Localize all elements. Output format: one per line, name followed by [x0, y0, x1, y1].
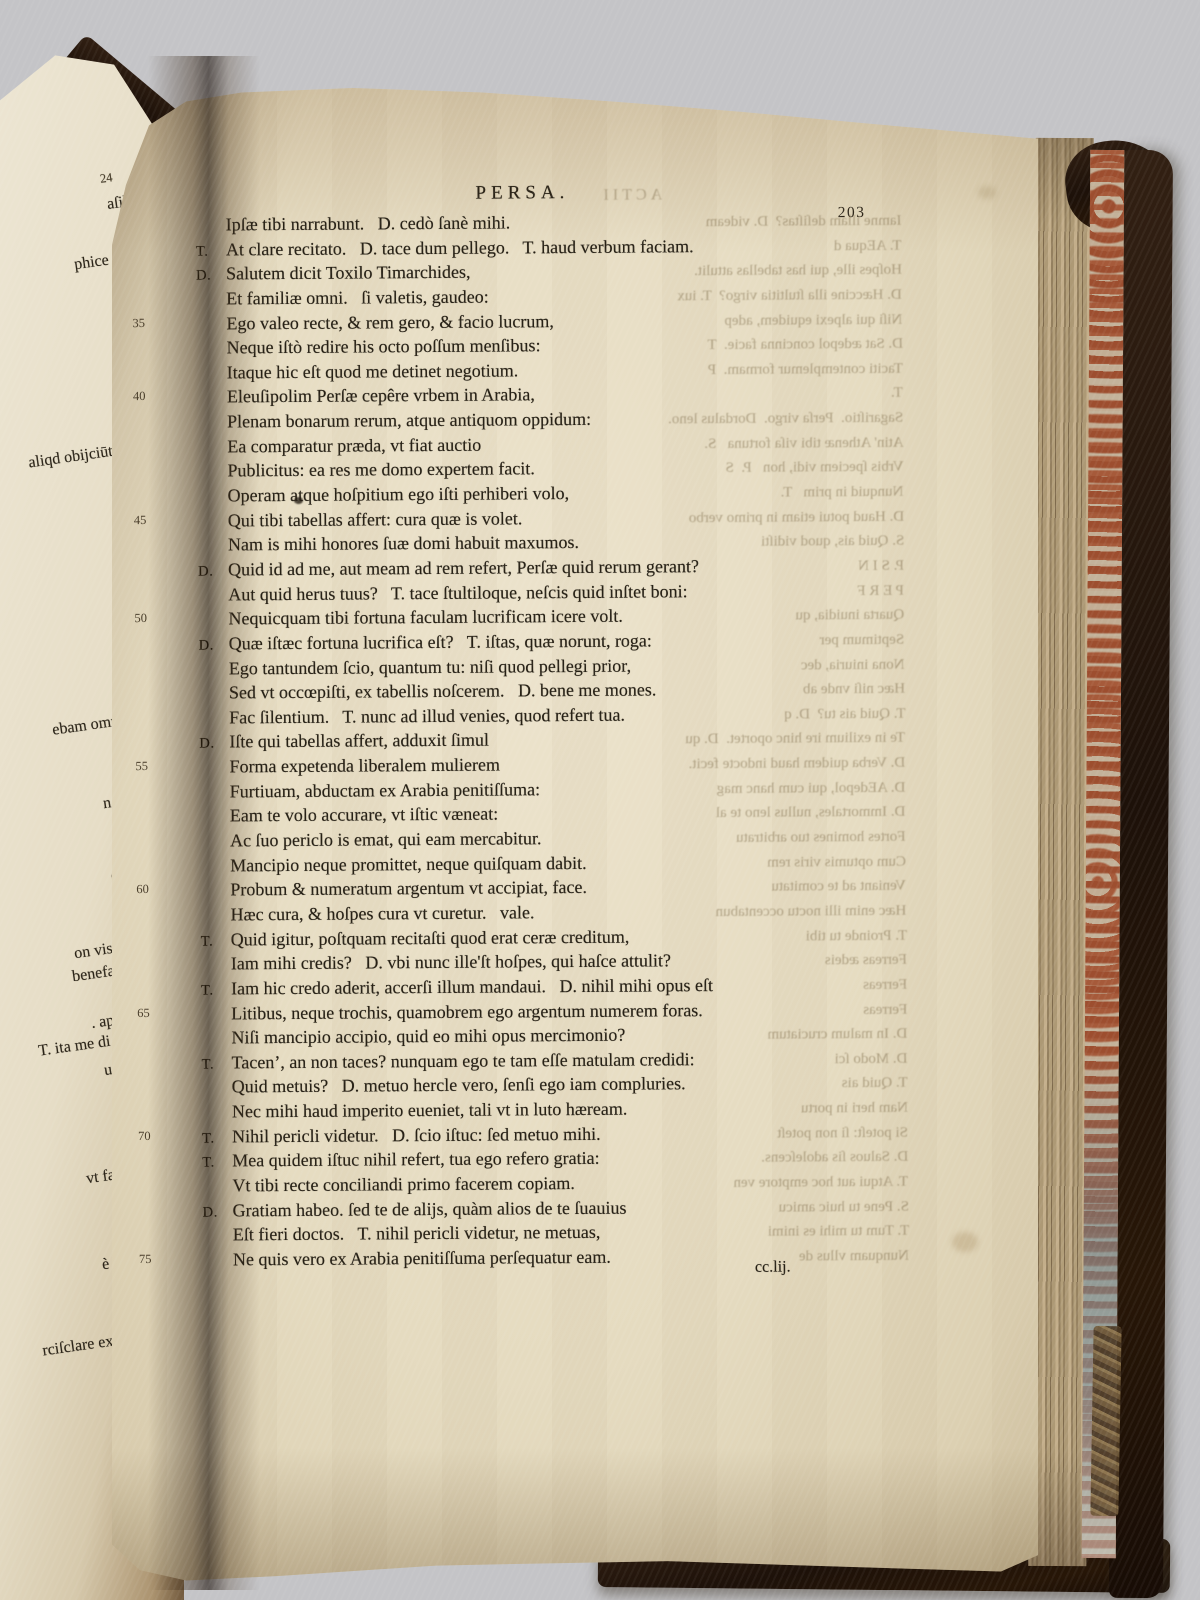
verse-text: Sed vt occœpiſti, ex tabellis noſcerem. … [229, 680, 657, 703]
verse-text: Tacen’, an non taces? nunquam ego te tam… [232, 1049, 695, 1072]
bleedthrough-text: Fortes homines tuo arbitratu [736, 825, 906, 851]
bleedthrough-text: D. Saluos ſis adoleſcens. [761, 1145, 908, 1171]
bleedthrough-text: P E R F [858, 578, 905, 603]
bleedthrough-text: D. Haud potui etiam in primo verbo [688, 504, 904, 530]
bleedthrough-text: Niſi qui alpexi equidem, adep [724, 307, 902, 333]
bleedthrough-text: Hæc niſi vnde ab [803, 677, 905, 702]
bleedthrough-text: S. Quid ais, quod vidiſti [761, 529, 905, 555]
verse-text: Mea quidem iſtuc nihil refert, tua ego r… [232, 1148, 599, 1171]
verse-text: Ne quis vero ex Arabia penitiſſuma perſe… [233, 1247, 611, 1270]
bleedthrough-text: Cum optumis viris rem [767, 849, 906, 875]
bleedthrough-text: P. S I N [858, 554, 904, 579]
bleedthrough-text: T. Tum tu mihi es inimi [767, 1219, 909, 1245]
speaker-abbreviation: T. [201, 929, 231, 954]
foxing-stain [952, 1232, 978, 1252]
verse-number: 35 [132, 315, 145, 331]
verse-text: Ea comparatur præda, vt fiat auctio [227, 434, 481, 456]
bleedthrough-text: Atin' Athenæ tibi viſa fortuna S. [704, 430, 904, 456]
bleedthrough-text: Ferreas [863, 973, 907, 998]
verse-number: 50 [134, 610, 147, 626]
book-photo: 24aſilice,phice decet.uas.15aliqd obijci… [0, 0, 1200, 1600]
speaker-abbreviation: T. [202, 1151, 232, 1176]
speaker-abbreviation: T. [202, 1052, 232, 1077]
bleedthrough-text: Veniant ad te comitatu [772, 874, 907, 900]
verse-text: Eleuſipolim Perſæ cepêre vrbem in Arabia… [227, 385, 535, 407]
verse-text: Itaque hic eſt quod me detinet negotium. [227, 360, 519, 382]
bleedthrough-text: T. [891, 381, 903, 406]
bleedthrough-text: T. Proinde tu tibi [805, 923, 907, 948]
bleedthrough-text: Iamne illam deſiſtas? D. videam [706, 209, 902, 235]
bleedthrough-text: Nona iniuria, dec [801, 652, 905, 677]
bleedthrough-text: D. Immortales, nullus leno te al [716, 800, 906, 826]
bleedthrough-text: D. Sat ædepol concinna facie. T [707, 332, 903, 358]
right-page: PERSA. ACTII 203 Ipſæ tibi narrabunt. D.… [112, 88, 1038, 1582]
verse-number: 45 [134, 512, 147, 528]
verse-text: Iam hic credo aderit, accerſi illum mand… [231, 975, 713, 998]
bleedthrough-text: Ferreas [863, 997, 907, 1022]
verse-text: Niſi mancipio accipio, quid eo mihi opus… [231, 1025, 625, 1048]
catchword: cc.lij. [755, 1259, 791, 1277]
verse-text: Mancipio neque promittet, neque quiſquam… [230, 853, 587, 875]
verse-text: Operam atque hoſpitium ego iſti perhiber… [228, 483, 570, 505]
bleedthrough-text: Hoſpes ille, qui has tabellas attulit. [694, 258, 902, 284]
bleedthrough-text: Taciti contemplemur formam. P [708, 357, 903, 383]
verse-text: Qui tibi tabellas affert: cura quæ is vo… [228, 508, 523, 530]
verse-number: 70 [138, 1128, 151, 1144]
speaker-abbreviation: D. [196, 264, 226, 289]
verse-text: Neque iſtò redire his octo poſſum menſib… [227, 335, 541, 357]
bleedthrough-text: D. Hæccine illa ſtultitia virgo? T. iux [678, 283, 903, 309]
bleedthrough-text: Ferreas ædeis [825, 948, 907, 973]
verse-number: 75 [139, 1251, 152, 1267]
speaker-abbreviation: D. [199, 633, 229, 658]
verse-text: Quid id ad me, aut meam ad rem refert, P… [228, 556, 699, 579]
bleedthrough-text: Septimum per [820, 628, 905, 653]
verse-text: Gratiam habeo. ſed te de alijs, quàm ali… [233, 1197, 627, 1220]
bleedthrough-text: Te in exilium ire hinc oportet. D. qu [686, 726, 906, 752]
speaker-abbreviation: D. [198, 559, 228, 584]
verse-text: Quid metuis? D. metuo hercle vero, ſenſi… [232, 1074, 686, 1097]
speaker-abbreviation: T. [201, 978, 231, 1003]
bleedthrough-text: Nunquid in prim T. [781, 480, 904, 506]
verse-text: Iſte qui tabellas affert, adduxit ſimul [229, 730, 489, 752]
gilt-tooling-strip [1090, 1326, 1121, 1516]
verse-text: Ac ſuo periclo is emat, qui eam mercabit… [230, 828, 542, 850]
text-block: Ipſæ tibi narrabunt. D. cedò ſanè mihi.I… [196, 208, 907, 1272]
verse-text: Nec mihi haud imperito eueniet, tali vt … [232, 1099, 628, 1122]
bleedthrough-text: D. AEdepol, qui cum hanc mag [717, 775, 906, 801]
verse-text: Litibus, neque trochis, quamobrem ego ar… [231, 1000, 703, 1023]
verse-text: Aut quid herus tuus? T. tace ſtultiloque… [228, 581, 687, 604]
bleedthrough-text: Hæc enim illi noctu occentabun [716, 899, 907, 925]
verse-text: Eſt fieri doctos. T. nihil pericli videt… [233, 1222, 601, 1245]
verse-number: 65 [137, 1004, 150, 1020]
verse-text: Plenam bonarum rerum, atque antiquom opp… [227, 409, 591, 432]
verse-text: Nam is mihi honores ſuæ domi habuit maxu… [228, 532, 579, 554]
bleedthrough-text: D. Modo ſci [835, 1046, 908, 1071]
verse-text: Vt tibi recte conciliandi primo facerem … [232, 1173, 575, 1195]
verse-number: 40 [133, 388, 146, 404]
verse-text: At clare recitato. D. tace dum pellego. … [226, 236, 694, 259]
verse-text: Eam te volo accurare, vt iſtic væneat: [230, 804, 499, 826]
speaker-abbreviation: D. [199, 732, 229, 757]
bleedthrough-text: Sagariſtio. Perſa virgo. Dordalus leno. [668, 406, 903, 432]
bleedthrough-text: T. Atqui aut hoc emptore ven [734, 1170, 909, 1196]
verse-text: Nequicquam tibi fortuna faculam lucrific… [228, 606, 622, 629]
verse-number: 55 [135, 758, 148, 774]
verse-text: Fac ſilentium. T. nunc ad illud venies, … [229, 704, 625, 727]
verse-text: Hæc cura, & hoſpes cura vt curetur. vale… [230, 902, 534, 924]
verse-text: Iam mihi credis? D. vbi nunc ille'ſt hoſ… [231, 951, 671, 974]
left-margin-number: 24 [98, 167, 113, 189]
bleedthrough-text: T. Quid ais [842, 1071, 908, 1096]
bleedthrough-text: Vrbis ſpeciem vidi, hon P. S [725, 455, 903, 481]
bleedthrough-text: Quarta inuidia, qu [796, 603, 905, 628]
verse-text: Quid igitur, poſtquam recitaſti quod era… [231, 926, 630, 949]
bleedthrough-text: Nunquam vllus de [799, 1244, 909, 1269]
verse-text: Ipſæ tibi narrabunt. D. cedò ſanè mihi. [226, 212, 511, 234]
bleedthrough-text: Nam heri in portu [801, 1096, 908, 1121]
bleedthrough-text: D. Verba quidem haud indocte fecit. [689, 751, 906, 777]
right-page-surface: PERSA. ACTII 203 Ipſæ tibi narrabunt. D.… [107, 85, 1043, 1585]
verse-text: Salutem dicit Toxilo Timarchides, [226, 262, 471, 284]
bleedthrough-text: T. Quid ais tu? D. q [784, 702, 906, 728]
verse-number: 60 [136, 881, 149, 897]
verse-text: Forma expetenda liberalem mulierem [229, 755, 500, 777]
bleedthrough-text: Si poteſt: ſi non poteſt [777, 1120, 908, 1146]
running-head: PERSA. [475, 182, 569, 205]
bleedthrough-text: T. AEqua d [834, 233, 902, 258]
bleedthrough-text: S. Pene tu huic amicu [778, 1194, 909, 1220]
verse-text: Quæ iſtæc fortuna lucrifica eſt? T. iſta… [229, 630, 652, 653]
verse-text: Probum & numeratum argentum vt accipiat,… [230, 877, 587, 899]
verse-text: Et familiæ omni. ſi valetis, gaudeo: [226, 287, 489, 309]
verse-text: Ego tantundem ſcio, quantum tu: niſi quo… [229, 655, 631, 678]
verse-line: 75Ne quis vero ex Arabia penitiſſuma per… [203, 1243, 907, 1273]
verse-text: Nihil pericli videtur. D. ſcio iſtuc: ſe… [232, 1124, 601, 1147]
speaker-abbreviation: T. [202, 1126, 232, 1151]
verse-text: Publicitus: ea res me domo expertem faci… [227, 459, 535, 481]
foxing-stain [978, 186, 996, 199]
bleedthrough-text: D. In malum cruciatum [767, 1022, 907, 1048]
speaker-abbreviation: T. [196, 239, 226, 264]
bleedthrough-running-head: ACTII [599, 186, 662, 204]
verse-text: Ego valeo recte, & rem gero, & facio luc… [226, 311, 554, 333]
verse-text: Furtiuam, abductam ex Arabia penitiſſuma… [230, 779, 541, 801]
ink-speck [294, 497, 303, 504]
speaker-abbreviation: D. [203, 1200, 233, 1225]
